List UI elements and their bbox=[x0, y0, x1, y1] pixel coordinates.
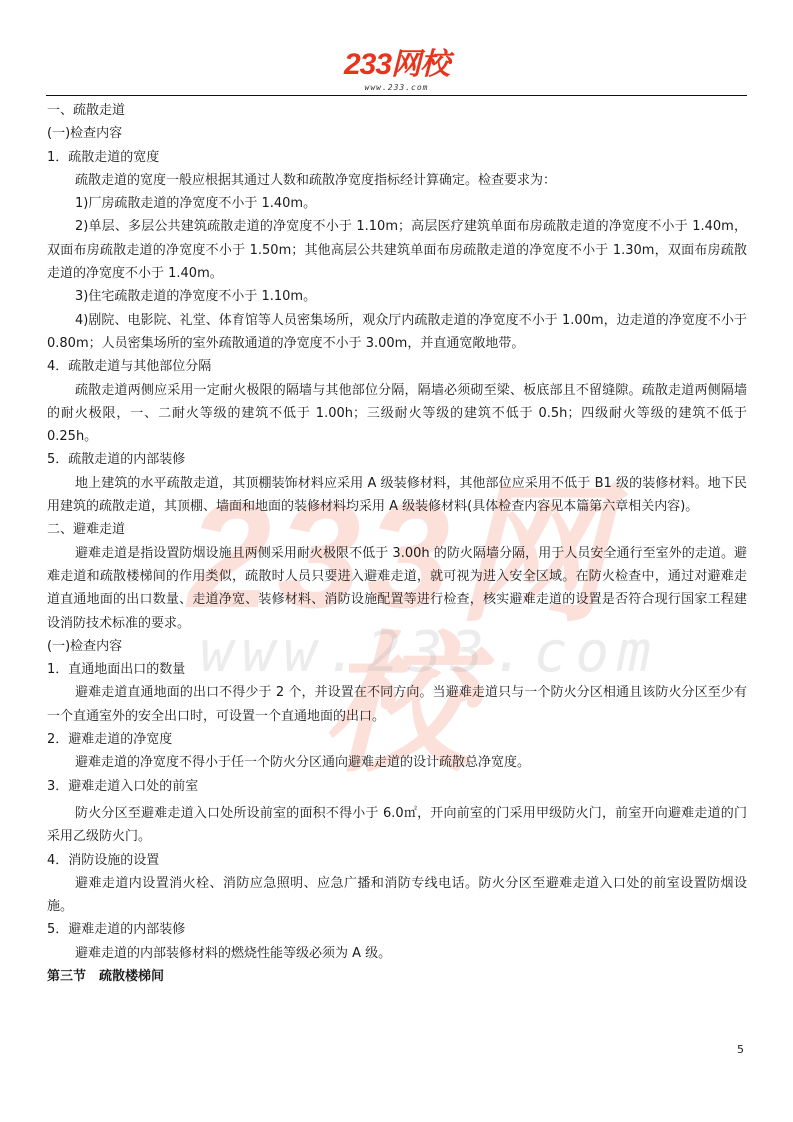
paragraph: 避难走道内设置消火栓、消防应急照明、应急广播和消防专线电话。防火分区至避难走道入… bbox=[47, 872, 747, 919]
item-separation: 4．疏散走道与其他部位分隔 bbox=[47, 355, 747, 378]
paragraph: 疏散走道的宽度一般应根据其通过人数和疏散净宽度指标经计算确定。检查要求为： bbox=[47, 169, 747, 192]
brand-url: www.233.com bbox=[0, 83, 793, 92]
heading-evacuation-corridor: 一、疏散走道 bbox=[47, 99, 747, 122]
heading-refuge-corridor: 二、避难走道 bbox=[47, 518, 747, 541]
paragraph: 避难走道直通地面的出口不得少于 2 个，并设置在不同方向。当避难走道只与一个防火… bbox=[47, 681, 747, 728]
item-refuge-interior-finish: 5．避难走道的内部装修 bbox=[47, 918, 747, 941]
paragraph: 3)住宅疏散走道的净宽度不小于 1.10m。 bbox=[47, 285, 747, 308]
page-number: 5 bbox=[737, 1043, 744, 1056]
header-divider bbox=[46, 95, 747, 96]
item-interior-finish: 5．疏散走道的内部装修 bbox=[47, 448, 747, 471]
paragraph: 避难走道是指设置防烟设施且两侧采用耐火极限不低于 3.00h 的防火隔墙分隔，用… bbox=[47, 542, 747, 635]
item-anteroom: 3．避难走道入口处的前室 bbox=[47, 775, 747, 798]
paragraph: 2)单层、多层公共建筑疏散走道的净宽度不小于 1.10m；高层医疗建筑单面布房疏… bbox=[47, 215, 747, 285]
subheading-check-content: (一)检查内容 bbox=[47, 635, 747, 658]
item-corridor-width: 1．疏散走道的宽度 bbox=[47, 146, 747, 169]
subheading-check-content: (一)检查内容 bbox=[47, 122, 747, 145]
paragraph: 避难走道的净宽度不得小于任一个防火分区通向避难走道的设计疏散总净宽度。 bbox=[47, 751, 747, 774]
item-fire-facilities: 4．消防设施的设置 bbox=[47, 849, 747, 872]
paragraph: 4)剧院、电影院、礼堂、体育馆等人员密集场所，观众厅内疏散走道的净宽度不小于 1… bbox=[47, 309, 747, 356]
section-title: 第三节 疏散楼梯间 bbox=[47, 965, 747, 988]
page-header: 233网校 www.233.com bbox=[0, 0, 793, 96]
paragraph: 避难走道的内部装修材料的燃烧性能等级必须为 A 级。 bbox=[47, 942, 747, 965]
paragraph: 疏散走道两侧应采用一定耐火极限的隔墙与其他部位分隔，隔墙必须砌至梁、板底部且不留… bbox=[47, 379, 747, 449]
paragraph: 1)厂房疏散走道的净宽度不小于 1.40m。 bbox=[47, 192, 747, 215]
paragraph: 地上建筑的水平疏散走道，其顶棚装饰材料应采用 A 级装修材料，其他部位应采用不低… bbox=[47, 472, 747, 519]
document-body: 一、疏散走道 (一)检查内容 1．疏散走道的宽度 疏散走道的宽度一般应根据其通过… bbox=[47, 99, 747, 988]
brand-logo: 233网校 bbox=[0, 50, 793, 80]
item-exit-count: 1．直通地面出口的数量 bbox=[47, 658, 747, 681]
paragraph: 防火分区至避难走道入口处所设前室的面积不得小于 6.0㎡，开向前室的门采用甲级防… bbox=[47, 802, 747, 849]
item-refuge-width: 2．避难走道的净宽度 bbox=[47, 728, 747, 751]
